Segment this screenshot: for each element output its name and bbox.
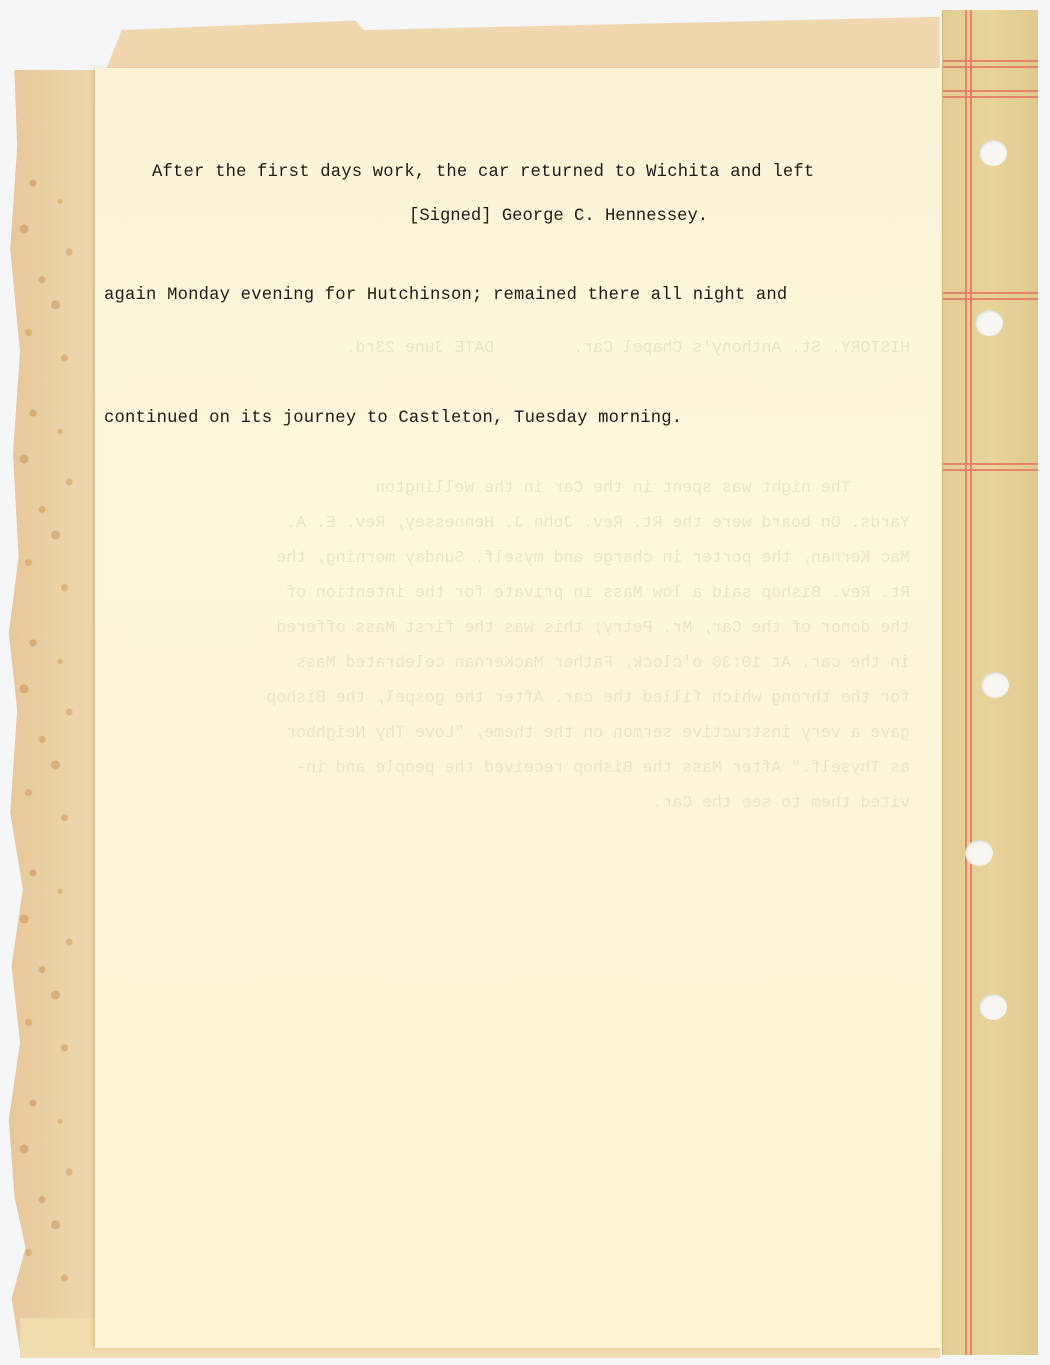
top-torn-strip [105,12,940,72]
red-horizontal-rule [943,90,1038,92]
red-horizontal-rule [943,298,1038,300]
red-horizontal-rule [943,463,1038,465]
paragraph-line: again Monday evening for Hutchinson; rem… [104,275,944,316]
binder-strip [942,10,1038,1355]
red-horizontal-rule [943,60,1038,62]
punch-hole [981,672,1009,698]
red-horizontal-rule [943,66,1038,68]
red-margin-rule [970,10,972,1355]
typed-paragraph: After the first days work, the car retur… [104,70,944,480]
punch-hole [979,140,1007,166]
red-margin-rule [965,10,967,1355]
age-stains [6,160,96,1310]
punch-hole [975,310,1003,336]
signature-line: [Signed] George C. Hennessey. [409,207,708,226]
red-horizontal-rule [943,469,1038,471]
punch-hole [965,840,993,866]
paragraph-line: After the first days work, the car retur… [104,152,944,193]
paragraph-line: continued on its journey to Castleton, T… [104,398,944,439]
red-horizontal-rule [943,292,1038,294]
punch-hole [979,994,1007,1020]
red-horizontal-rule [943,96,1038,98]
